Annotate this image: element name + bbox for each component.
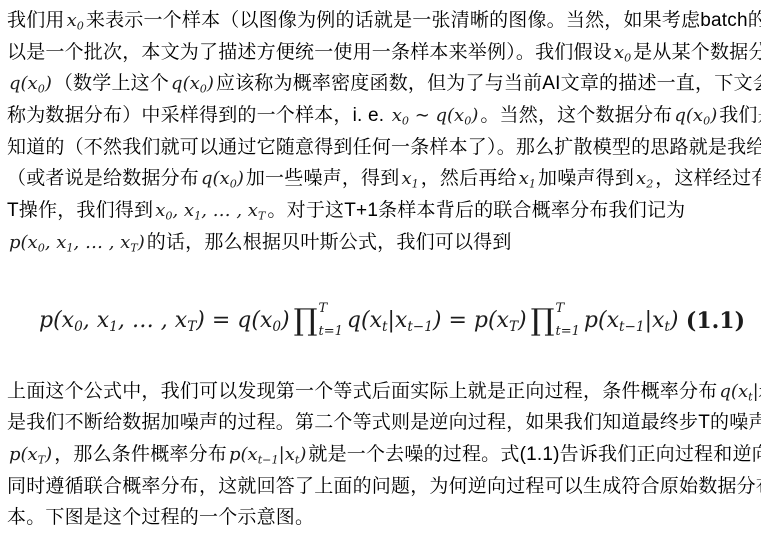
inline-math: x0	[65, 10, 86, 31]
text-run: ，然后再给	[421, 168, 517, 189]
product-limits: Tt=1	[555, 301, 580, 340]
inline-math: q(x0)	[7, 73, 54, 94]
product-upper-limit: T	[319, 302, 343, 315]
equation-1-1: p(x0, x1, … , xT) = q(x0)∏Tt=1q(xt|xt−1)…	[37, 297, 749, 345]
text-run: 知道的（不然我们就可以通过它随意得到任何一条样本了）。那么扩散模型的思路就是我给	[7, 137, 761, 158]
text-line: q(x0)（数学上这个q(x0)应该称为概率密度函数，但为了与当前AI文章的描述…	[7, 68, 757, 100]
text-run: 。对于这T+1条样本背后的联合概率分布我们记为	[267, 200, 685, 221]
inline-math: p(x0, x1, … , xT)	[7, 232, 147, 253]
inline-math: x2	[634, 168, 655, 189]
text-line: 本。下图是这个过程的一个示意图。	[7, 502, 757, 534]
text-line: T操作，我们得到x0, x1, … , xT。对于这T+1条样本背后的联合概率分…	[7, 195, 757, 227]
text-line: 同时遵循联合概率分布，这就回答了上面的问题，为何逆向过程可以生成符合原始数据分布…	[7, 471, 757, 503]
inline-math: x1	[517, 168, 538, 189]
product-operator: ∏Tt=1	[294, 301, 343, 340]
equation-math-segment: q(xt|xt−1) = p(xT)	[345, 308, 529, 333]
text-line: 我们用x0来表示一个样本（以图像为例的话就是一张清晰的图像。当然，如果考虑bat…	[7, 5, 757, 37]
text-line: p(x0, x1, … , xT)的话，那么根据贝叶斯公式，我们可以得到	[7, 227, 757, 259]
equation-math-segment: p(xt−1|xt)	[582, 308, 681, 333]
text-run: 。当然，这个数据分布	[480, 105, 672, 126]
product-operator: ∏Tt=1	[531, 301, 580, 340]
text-line: 是我们不断给数据加噪声的过程。第二个等式则是逆向过程，如果我们知道最终步T的噪声…	[7, 407, 757, 439]
text-line: p(xT)，那么条件概率分布p(xt−1|xt)就是一个去噪的过程。式(1.1)…	[7, 439, 757, 471]
inline-math: q(x0)	[672, 105, 719, 126]
product-lower-limit: t=1	[319, 325, 343, 338]
inline-math: x0	[612, 42, 633, 63]
inline-math: q(x0)	[169, 73, 216, 94]
inline-math: p(xt−1|xt)	[227, 444, 308, 465]
inline-math: x0 ∼ q(x0)	[390, 105, 481, 126]
paragraph-1: 我们用x0来表示一个样本（以图像为例的话就是一张清晰的图像。当然，如果考虑bat…	[7, 5, 757, 259]
text-run: 就是一个去噪的过程。式(1.1)告诉我们正向过程和逆向过程	[308, 444, 761, 465]
inline-math: p(xT)	[7, 444, 54, 465]
inline-math: q(xt|xt−1)	[717, 381, 761, 402]
text-run: 加噪声得到	[538, 168, 634, 189]
product-upper-limit: T	[556, 302, 580, 315]
text-line: 以是一个批次，本文为了描述方便统一使用一条样本来举例）。我们假设x0是从某个数据…	[7, 37, 757, 69]
product-limits: Tt=1	[318, 301, 343, 340]
equation-body: p(x0, x1, … , xT) = q(x0)∏Tt=1q(xt|xt−1)…	[37, 301, 680, 340]
equation-number: (1.1)	[686, 308, 749, 334]
document-page: 我们用x0来表示一个样本（以图像为例的话就是一张清晰的图像。当然，如果考虑bat…	[0, 0, 761, 534]
text-run: 是从某个数据分布	[633, 42, 761, 63]
product-lower-limit: t=1	[556, 325, 580, 338]
inline-math: x1	[399, 168, 420, 189]
text-run: 我们用	[7, 10, 65, 31]
text-run: 同时遵循联合概率分布，这就回答了上面的问题，为何逆向过程可以生成符合原始数据分布…	[7, 476, 761, 497]
text-run: 是我们不断给数据加噪声的过程。第二个等式则是逆向过程，如果我们知道最终步T的噪声…	[7, 412, 761, 433]
product-symbol-icon: ∏	[531, 306, 555, 336]
paragraph-2: 上面这个公式中，我们可以发现第一个等式后面实际上就是正向过程，条件概率分布q(x…	[7, 376, 757, 534]
inline-math: q(x0)	[199, 168, 246, 189]
text-run: 我们是不	[719, 105, 761, 126]
text-run: （或者说是给数据分布	[7, 168, 199, 189]
text-line: （或者说是给数据分布q(x0)加一些噪声，得到x1，然后再给x1加噪声得到x2，…	[7, 163, 757, 195]
text-run: 以是一个批次，本文为了描述方便统一使用一条样本来举例）。我们假设	[7, 42, 612, 63]
text-run: （数学上这个	[54, 73, 169, 94]
text-run: T操作，我们得到	[7, 200, 153, 221]
inline-math: x0, x1, … , xT	[153, 200, 267, 221]
text-run: ，那么条件概率分布	[54, 444, 227, 465]
text-run: 本。下图是这个过程的一个示意图。	[7, 507, 314, 528]
text-line: 称为数据分布）中采样得到的一个样本，i. e. x0 ∼ q(x0)。当然，这个…	[7, 100, 757, 132]
text-line: 知道的（不然我们就可以通过它随意得到任何一条样本了）。那么扩散模型的思路就是我给…	[7, 132, 757, 164]
text-run: 的话，那么根据贝叶斯公式，我们可以得到	[147, 232, 512, 253]
text-run: 来表示一个样本（以图像为例的话就是一张清晰的图像。当然，如果考虑batch的话可	[86, 10, 761, 31]
equation-math-segment: p(x0, x1, … , xT) = q(x0)	[37, 308, 292, 333]
product-symbol-icon: ∏	[294, 306, 318, 336]
text-run: 称为数据分布）中采样得到的一个样本，i. e.	[7, 105, 390, 126]
text-run: 加一些噪声，得到	[246, 168, 400, 189]
text-run: 上面这个公式中，我们可以发现第一个等式后面实际上就是正向过程，条件概率分布	[7, 381, 717, 402]
text-run: ，这样经过有限步	[655, 168, 761, 189]
text-run: 应该称为概率密度函数，但为了与当前AI文章的描述一直，下文会统一	[216, 73, 761, 94]
text-line: 上面这个公式中，我们可以发现第一个等式后面实际上就是正向过程，条件概率分布q(x…	[7, 376, 757, 408]
